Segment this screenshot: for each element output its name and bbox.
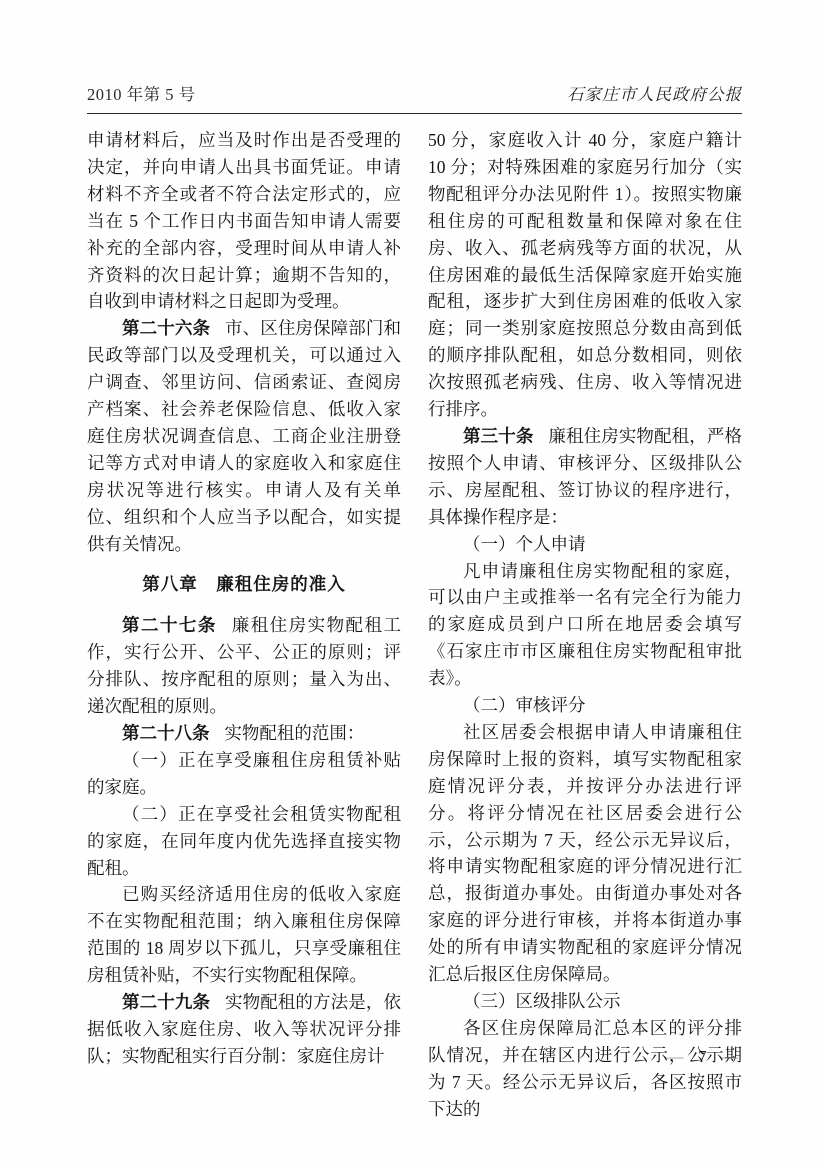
page-number-dash-right: —: [722, 1047, 739, 1067]
gazette-page: 2010 年第 5 号 石家庄市人民政府公报 申请材料后，应当及时作出是否受理的…: [0, 0, 826, 1169]
page-number-dash-left: —: [667, 1047, 684, 1067]
paragraph: 社区居委会根据申请人申请廉租住房保障时上报的资料，填写实物配租家庭情况评分表，并…: [428, 719, 742, 988]
paragraph: 各区住房保障局汇总本区的评分排队情况，并在辖区内进行公示，公示期为 7 天。经公…: [428, 1015, 742, 1123]
page-number: — 7 —: [667, 1047, 738, 1067]
article-29-number: 第二十九条: [122, 992, 225, 1012]
right-column: 50 分，家庭收入计 40 分，家庭户籍计 10 分；对特殊困难的家庭另行加分（…: [428, 127, 742, 1123]
issue-number: 2010 年第 5 号: [87, 84, 196, 106]
text-columns: 申请材料后，应当及时作出是否受理的决定，并向申请人出具书面凭证。申请材料不齐全或…: [87, 127, 742, 1123]
article-26-text: 市、区住房保障部门和民政等部门以及受理机关，可以通过入户调查、邻里访问、信函索证…: [87, 318, 401, 553]
page-header: 2010 年第 5 号 石家庄市人民政府公报: [87, 84, 742, 106]
article-30-paragraph: 第三十条廉租住房实物配租，严格按照个人申请、审核评分、区级排队公示、房屋配租、签…: [428, 423, 742, 531]
chapter-8-heading: 第八章 廉租住房的准入: [87, 571, 401, 598]
paragraph-continuation: 申请材料后，应当及时作出是否受理的决定，并向申请人出具书面凭证。申请材料不齐全或…: [87, 127, 401, 315]
item-1-paragraph: （一）正在享受廉租住房租赁补贴的家庭。: [87, 747, 401, 801]
gazette-title: 石家庄市人民政府公报: [567, 84, 742, 106]
step-1-heading: （一）个人申请: [428, 531, 742, 558]
article-30-number: 第三十条: [463, 426, 548, 446]
item-2-paragraph: （二）正在享受社会租赁实物配租的家庭，在同年度内优先选择直接实物配租。: [87, 801, 401, 882]
article-26-paragraph: 第二十六条市、区住房保障部门和民政等部门以及受理机关，可以通过入户调查、邻里访问…: [87, 315, 401, 557]
article-27-paragraph: 第二十七条廉租住房实物配租工作，实行公开、公平、公正的原则；评分排队、按序配租的…: [87, 612, 401, 720]
paragraph: 已购买经济适用住房的低收入家庭不在实物配租范围；纳入廉租住房保障范围的 18 周…: [87, 881, 401, 989]
paragraph: 凡申请廉租住房实物配租的家庭，可以由户主或推举一名有完全行为能力的家庭成员到户口…: [428, 558, 742, 693]
article-28-text: 实物配租的范围：: [224, 723, 364, 743]
article-29-paragraph: 第二十九条实物配租的方法是，依据低收入家庭住房、收入等状况评分排队；实物配租实行…: [87, 989, 401, 1070]
header-rule: [87, 113, 742, 114]
article-28-paragraph: 第二十八条实物配租的范围：: [87, 720, 401, 747]
step-2-heading: （二）审核评分: [428, 692, 742, 719]
left-column: 申请材料后，应当及时作出是否受理的决定，并向申请人出具书面凭证。申请材料不齐全或…: [87, 127, 401, 1123]
paragraph-continuation: 50 分，家庭收入计 40 分，家庭户籍计 10 分；对特殊困难的家庭另行加分（…: [428, 127, 742, 423]
article-28-number: 第二十八条: [122, 723, 224, 743]
article-27-number: 第二十七条: [122, 615, 232, 635]
page-number-value: 7: [698, 1047, 706, 1067]
step-3-heading: （三）区级排队公示: [428, 988, 742, 1015]
article-26-number: 第二十六条: [122, 318, 225, 338]
